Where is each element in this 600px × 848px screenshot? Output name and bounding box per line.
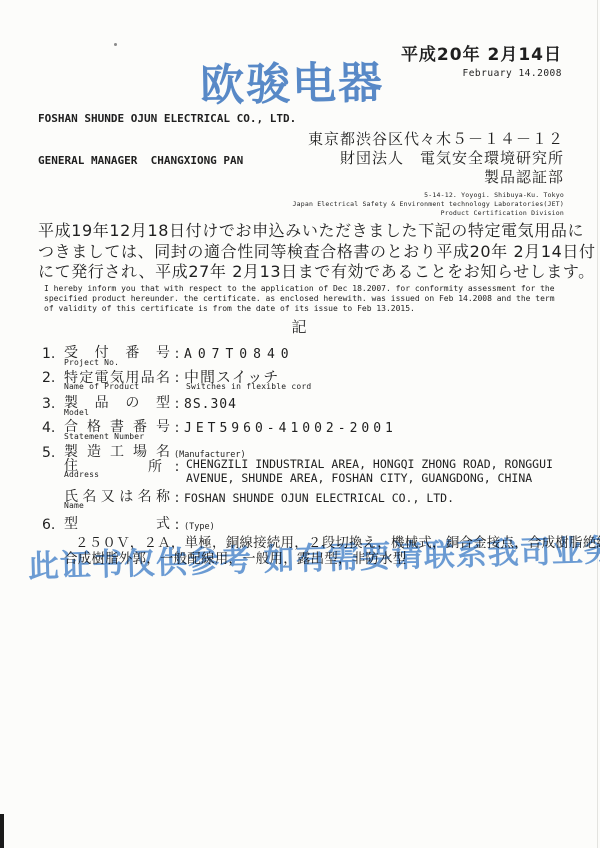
item-colon: : <box>170 370 184 386</box>
item-label-jp: 型 式 <box>64 513 170 533</box>
date-japanese: 平成20年 2月14日 <box>401 40 562 65</box>
item-colon: : <box>170 420 184 436</box>
date-block: 平成20年 2月14日 February 14.2008 <box>401 40 562 79</box>
date-english: February 14.2008 <box>401 68 562 79</box>
name-colon: : <box>170 490 184 506</box>
item-number: 6. <box>42 517 64 533</box>
scan-edge-mark <box>0 814 4 848</box>
record-heading: 記 <box>0 316 600 337</box>
name-label-en: Name <box>64 501 84 510</box>
scan-speck <box>114 43 117 46</box>
manufacturer-name-row: 氏名又は名称:FOSHAN SHUNDE OJUN ELECTRICAL CO.… <box>64 486 454 506</box>
item-number: 5. <box>42 445 64 461</box>
manufacturer-name-value: FOSHAN SHUNDE OJUN ELECTRICAL CO., LTD. <box>184 491 454 505</box>
item-colon: : <box>170 396 184 412</box>
body-paragraph-jp: 平成19年12月18日付けでお申込みいただきました下記の特定電気用品に つきまし… <box>38 221 596 283</box>
item-label-en: Statement Number <box>64 432 144 441</box>
item-label-en: Name of Product <box>64 382 139 391</box>
watermark-top: 欧骏电器 <box>199 46 384 113</box>
item-type: 6.型 式:(Type) <box>42 513 215 533</box>
address-line-2: AVENUE, SHUNDE AREA, FOSHAN CITY, GUANGD… <box>186 471 553 485</box>
item-number: 4. <box>42 420 64 436</box>
address-label2-row: 所: <box>148 456 184 476</box>
item-number: 2. <box>42 370 64 386</box>
model-value: 8S.304 <box>184 397 237 412</box>
item-number: 3. <box>42 396 64 412</box>
item-colon: : <box>170 346 184 362</box>
address-label2-jp: 所 <box>148 456 170 476</box>
address-line-1: CHENGZILI INDUSTRIAL AREA, HONGQI ZHONG … <box>186 457 553 471</box>
body-en-line-2: specified product hereunder. the certifi… <box>44 294 555 304</box>
sender-company: FOSHAN SHUNDE OJUN ELECTRICAL CO., LTD. <box>38 112 296 126</box>
address-label-en: Address <box>64 470 99 479</box>
item-number: 1. <box>42 346 64 362</box>
project-no-value: A07T0840 <box>184 347 295 362</box>
scan-edge-line <box>597 0 598 848</box>
body-en-line-1: I hereby inform you that with respect to… <box>44 284 555 294</box>
body-jp-line-1: 平成19年12月18日付けでお申込みいただきました下記の特定電気用品に <box>38 221 596 242</box>
body-paragraph-en: I hereby inform you that with respect to… <box>44 284 555 314</box>
issuer-division-jp: 製品認証部 <box>293 168 564 187</box>
address-colon: : <box>170 459 184 475</box>
sender-manager: GENERAL MANAGER CHANGXIONG PAN <box>38 154 296 168</box>
issuer-org-jp: 財団法人 電気安全環境研究所 <box>293 149 564 168</box>
issuer-org-en: Japan Electrical Safety & Environment te… <box>293 200 564 209</box>
statement-number-value: JET5960-41002-2001 <box>184 421 397 436</box>
manufacturer-address: CHENGZILI INDUSTRIAL AREA, HONGQI ZHONG … <box>186 457 553 485</box>
body-en-line-3: of validity of this certificate is from … <box>44 304 555 314</box>
issuer-address-en: 5-14-12. Yoyogi. Shibuya-Ku. Tokyo <box>293 191 564 200</box>
issuer-block: 東京都渋谷区代々木５－１４－１２ 財団法人 電気安全環境研究所 製品認証部 5-… <box>293 130 564 219</box>
scanned-certificate-letter: ' 平成20年 2月14日 February 14.2008 FOSHAN SH… <box>0 0 600 848</box>
product-name-en: Switches in flexible cord <box>186 382 311 391</box>
issuer-address-jp: 東京都渋谷区代々木５－１４－１２ <box>293 130 564 149</box>
body-jp-line-3: にて発行され、平成27年 2月13日まで有効であることをお知らせします。 <box>38 262 596 283</box>
issuer-division-en: Product Certification Division <box>293 209 564 218</box>
body-jp-line-2: つきましては、同封の適合性同等検査合格書のとおり平成20年 2月14日付 <box>38 242 596 263</box>
